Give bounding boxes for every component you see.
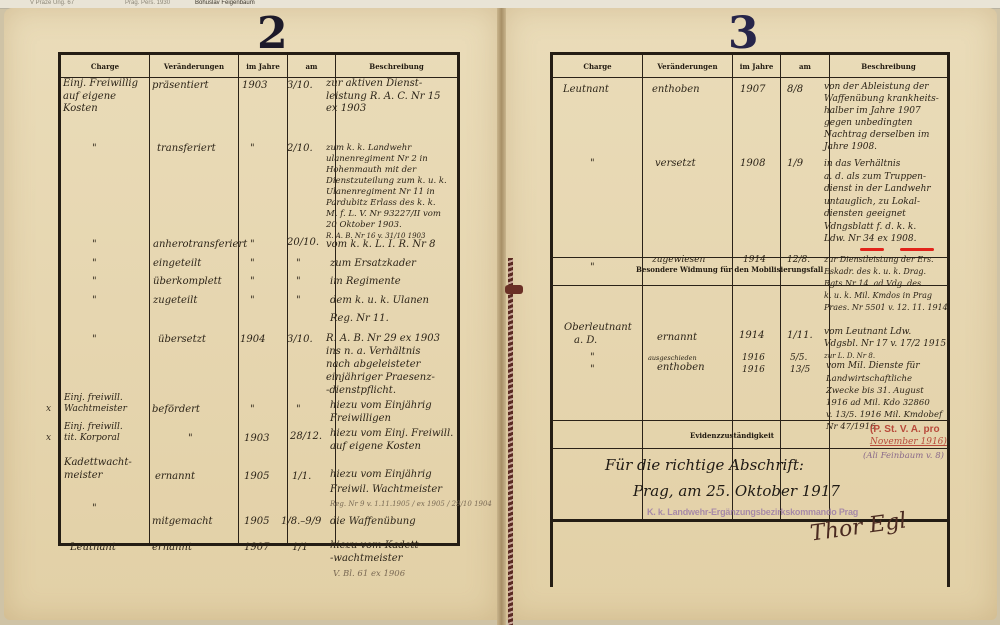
right-frame-left bbox=[550, 522, 553, 587]
binding-knot bbox=[505, 285, 523, 294]
col-year: im Jahre bbox=[239, 54, 288, 78]
col-changes: Veränderungen bbox=[150, 54, 239, 78]
col-description: Beschreibung bbox=[830, 54, 949, 78]
col-charge: Charge bbox=[552, 54, 643, 78]
col-charge: Charge bbox=[60, 54, 150, 78]
jurisdiction-label: Evidenzzuständigkeit bbox=[690, 431, 774, 440]
col-date: am bbox=[288, 54, 336, 78]
pencil-note: (Ali Feinbaum v. 8) bbox=[863, 450, 944, 463]
book-spine bbox=[497, 8, 506, 625]
red-underline-2 bbox=[900, 248, 934, 251]
red-stamp-note: (P. St. V. A. pro November 1916) bbox=[870, 423, 947, 449]
red-underline-1 bbox=[860, 248, 884, 251]
archive-label-1: V Praze Ung. 67 bbox=[30, 0, 74, 6]
archive-label-3: Bohuslav Feigenbaum bbox=[195, 0, 255, 6]
col-date: am bbox=[781, 54, 830, 78]
col-changes: Veränderungen bbox=[643, 54, 733, 78]
right-frame-right bbox=[947, 522, 950, 587]
col-description: Beschreibung bbox=[336, 54, 459, 78]
official-stamp: K. k. Landwehr-Ergänzungsbezirkskommando… bbox=[647, 507, 858, 517]
binding-cord bbox=[508, 258, 513, 625]
col-year: im Jahre bbox=[733, 54, 781, 78]
certification-text: Für die richtige Abschrift: Prag, am 25.… bbox=[605, 455, 840, 501]
archive-label-2: Prag. Pers. 1930 bbox=[125, 0, 170, 6]
